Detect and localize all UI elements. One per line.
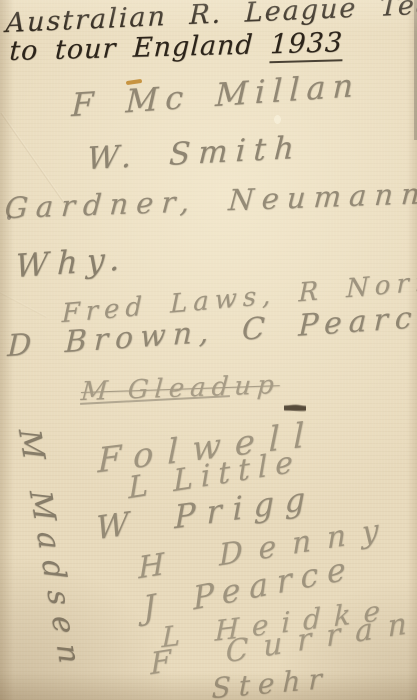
signature-vertical-left: M Madsen bbox=[11, 428, 89, 675]
header-tour-text: to tour England bbox=[9, 30, 255, 67]
signature-gardner-neumann: Gardner, Neumann bbox=[4, 176, 417, 225]
tour-year: 1933 bbox=[269, 27, 343, 63]
paper-crease-small bbox=[0, 288, 47, 318]
signature-w-smith: W. Smith bbox=[86, 130, 303, 177]
paper-fleck bbox=[274, 115, 281, 124]
signature-why: Why. bbox=[15, 239, 130, 285]
autograph-page: Australian R. League Team to tour Englan… bbox=[0, 0, 417, 700]
signature-f-mcmillan: F Mc Millan bbox=[71, 66, 361, 124]
ink-stamp-mark bbox=[284, 404, 306, 412]
